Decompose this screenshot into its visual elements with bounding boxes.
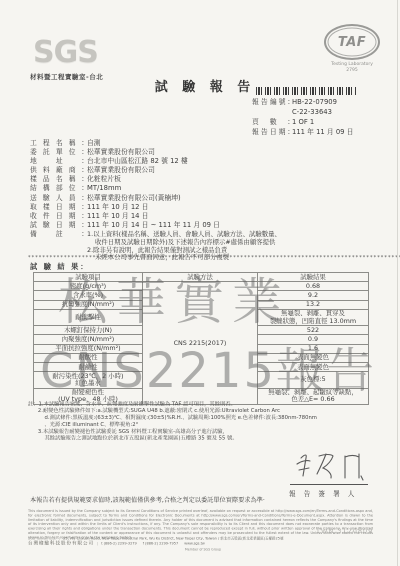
field-label: 備註: <box>30 230 84 239</box>
item-cell: 耐污染性(23℃，2 小時) 紅色墨水 <box>34 372 143 388</box>
field-row-test-date: 試驗日期:111 年 10 月 14 日 ~ 111 年 11 月 09 日 <box>30 221 375 230</box>
sgs-logo: SGS <box>33 38 98 68</box>
page-footer: SGS Taiwan Ltd. | 25, Wu Chyuan Road, Ne… <box>28 536 378 552</box>
report-no2-row: C-22-33643 <box>252 107 353 117</box>
field-value: MT/18mm <box>87 184 121 193</box>
report-date-value: 111 年 11 月 09 日 <box>292 127 353 137</box>
pages-value: 1 OF 1 <box>292 117 314 127</box>
scan-edge-line <box>397 0 398 566</box>
test-report-page: SGS 材料暨工程實驗室-台北 試 驗 報 告 TAF Testing Labo… <box>0 0 400 566</box>
col-header-item: 試驗項目 <box>34 273 143 282</box>
result-cell: 表面無變色 <box>258 363 369 372</box>
result-cell: 0.68 <box>258 282 369 291</box>
field-label: 地址: <box>30 157 84 166</box>
footer-fax: f (886-2) 2299-7957 <box>143 541 178 546</box>
field-value: 自測 <box>87 139 101 148</box>
field-value: 111 年 10 月 12 日 <box>87 203 148 212</box>
report-date-label: 報告日期: <box>252 127 290 137</box>
signatory-signature <box>293 448 373 484</box>
item-cell: 密度(g/cm³) <box>34 282 143 291</box>
result-cell: 無龜裂、剝離、貫穿及 裂縫狀態，凹陷直徑 13.0mm <box>258 309 369 325</box>
lab-name: 材料暨工程實驗室-台北 <box>30 72 103 81</box>
field-value: 松華實業股份有限公司 <box>87 166 155 175</box>
info-fields: 工程名稱:自測 委託單位:松華實業股份有限公司 地址:台北市中山區松江路 82 … <box>30 139 375 262</box>
field-label: 試驗日期: <box>30 221 84 230</box>
result-cell: 522 <box>258 326 369 335</box>
col-header-result: 試驗結果 <box>258 273 369 282</box>
taf-logo: TAF Testing Laboratory 2795 <box>320 24 384 74</box>
footer-stamp-number: TWN 3120809 <box>316 527 373 535</box>
signatory-label: 報 告 簽 署 人 <box>289 488 357 498</box>
result-cell: 灰色標:5 <box>258 372 369 388</box>
report-no2-value: C-22-33643 <box>292 107 332 117</box>
result-cell: 1.6 <box>258 344 369 353</box>
item-cell: 內聚強度(N/mm²) <box>34 335 143 344</box>
result-cell: 表面無變色 <box>258 353 369 362</box>
field-row-deliverer: 送驗人員:松華實業股份有限公司(黃楠坤) <box>30 194 375 203</box>
item-cell: 抗彎強度(N/mm²) <box>34 300 143 309</box>
result-cell: 9.2 <box>258 291 369 300</box>
field-value: 111 年 10 月 14 日 ~ 111 年 11 月 09 日 <box>87 221 220 230</box>
field-row-structure: 結構部位:MT/18mm <box>30 184 375 193</box>
asterisk-divider: ****************************************… <box>28 255 378 261</box>
field-value: 松華實業股份有限公司 <box>87 148 155 157</box>
item-cell: 平面抗拉強度(N/mm²) <box>34 344 143 353</box>
signature-line <box>290 484 368 485</box>
item-cell: 木螺釘保持力(N) <box>34 326 143 335</box>
result-cell: 13.2 <box>258 300 369 309</box>
field-row-receipt-date: 收件日期:111 年 10 月 14 日 <box>30 212 375 221</box>
results-table: 試驗項目 試驗方法 試驗結果 密度(g/cm³) CNS 2215(2017) … <box>33 272 369 405</box>
item-cell: 耐衝擊性 <box>34 309 143 325</box>
footer-company-zh: 台灣檢驗科技股份有限公司 <box>28 541 94 546</box>
field-value: 化粧粒片板 <box>87 175 121 184</box>
field-label: 工程名稱: <box>30 139 84 148</box>
bottom-note: 本報告若有提供規範要求值時,該規範值僅供參考,合格之判定以委託單位實際要求為準· <box>30 495 290 504</box>
table-notes: 註：1.本試驗報告密度、含水率、抗彎強度及耐衝擊性試驗為 TAF 認可項目，其餘… <box>28 401 380 442</box>
report-date-row: 報告日期: 111 年 11 月 09 日 <box>252 127 353 137</box>
taf-line2: 2795 <box>320 68 384 74</box>
table-row: 密度(g/cm³) CNS 2215(2017) 0.68 <box>34 282 369 291</box>
field-row-project: 工程名稱:自測 <box>30 139 375 148</box>
field-value: 111 年 10 月 14 日 <box>87 212 148 221</box>
field-label: 取樣日期: <box>30 203 84 212</box>
field-value: 松華實業股份有限公司(黃楠坤) <box>87 194 181 203</box>
field-row-supplier: 供料廠商:松華實業股份有限公司 <box>30 166 375 175</box>
taf-ellipse-icon: TAF <box>324 24 380 60</box>
field-value: 台北市中山區松江路 82 號 12 樓 <box>87 157 188 166</box>
field-label: 收件日期: <box>30 212 84 221</box>
footer-separator: | <box>97 541 98 546</box>
method-cell: CNS 2215(2017) <box>143 282 258 405</box>
item-cell: 耐鹼性 <box>34 363 143 372</box>
field-label: 結構部位: <box>30 184 84 193</box>
report-no-value: HB-22-07909 <box>292 97 337 107</box>
field-row-client: 委託單位:松華實業股份有限公司 <box>30 148 375 157</box>
footer-tel: t (886-2) 2299-3279 <box>101 541 137 546</box>
results-heading: 試 驗 結 果： <box>30 262 89 272</box>
field-label: 送驗人員: <box>30 194 84 203</box>
footer-web: www.sgs.tw <box>184 541 205 546</box>
note-line2: 2.耐變色性試驗條件如下:a.試驗機型式:SUGA U48 b.遮蔽:密閉式 c… <box>38 408 380 415</box>
table-header-row: 試驗項目 試驗方法 試驗結果 <box>34 273 369 282</box>
item-cell: 含水率(%) <box>34 291 143 300</box>
note-line4: 、光源:CIE illuminant C、標準視角:2° <box>45 421 381 428</box>
item-cell: 耐酸性 <box>34 353 143 362</box>
field-label: 供料廠商: <box>30 166 84 175</box>
field-row-address: 地址:台北市中山區松江路 82 號 12 樓 <box>30 157 375 166</box>
report-no-label: 報告編號: <box>252 97 290 107</box>
pages-row: 頁數: 1 OF 1 <box>252 117 353 127</box>
note-line5: 3.本試驗報告耐變褪色性試驗委託 SGS 材料暨工程實驗室-高雄高分子進行試驗， <box>38 428 380 435</box>
report-meta: 報告編號: HB-22-07909 C-22-33643 頁數: 1 OF 1 … <box>252 97 353 137</box>
note-line6: 其餘試驗報告之測試地點位於新北市五股區(新北產業園區)五權路 35 號及 55 … <box>45 435 381 442</box>
col-header-method: 試驗方法 <box>143 273 258 282</box>
field-row-sampling-date: 取樣日期:111 年 10 月 12 日 <box>30 203 375 212</box>
pages-label: 頁數: <box>252 117 290 127</box>
barcode-image <box>256 87 356 95</box>
report-no-row: 報告編號: HB-22-07909 <box>252 97 353 107</box>
footer-member: Member of SGS Group <box>185 548 221 552</box>
taf-text: TAF <box>338 35 366 50</box>
field-label: 委託單位: <box>30 148 84 157</box>
result-cell: 0.9 <box>258 335 369 344</box>
taf-subtitle: Testing Laboratory 2795 <box>320 62 384 74</box>
